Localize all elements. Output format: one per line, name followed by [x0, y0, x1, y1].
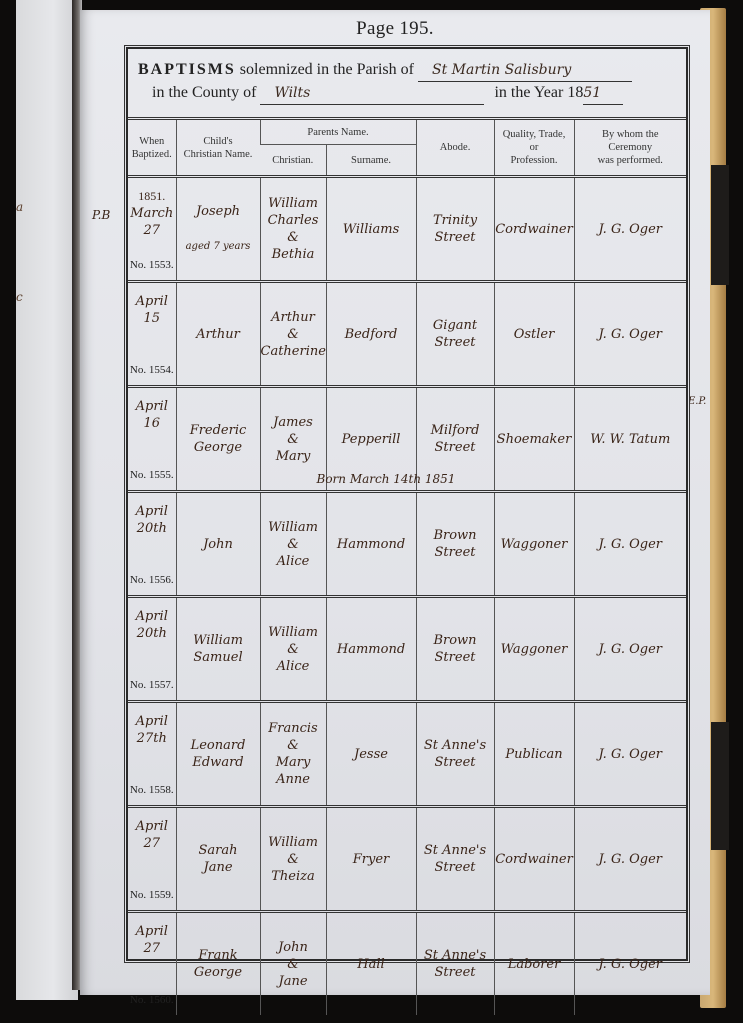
- abode-cell: MilfordStreet: [416, 387, 494, 492]
- table-row: April20thNo. 1556. John William&Alice Ha…: [128, 492, 686, 597]
- table-row: 1851.March27No. 1553. Josephaged 7 years…: [128, 177, 686, 282]
- table-row: April15No. 1554. Arthur Arthur&Catherine…: [128, 282, 686, 387]
- child-name-cell: LeonardEdward: [176, 702, 260, 807]
- quality-cell: Laborer: [494, 912, 574, 1016]
- quality-cell: Waggoner: [494, 492, 574, 597]
- entry-number: No. 1558.: [128, 782, 176, 799]
- parents-christian-cell: William&Alice: [260, 492, 326, 597]
- abode-cell: St Anne'sStreet: [416, 807, 494, 912]
- col-quality: Quality, Trade,orProfession.: [494, 119, 574, 177]
- entry-number: No. 1556.: [128, 572, 176, 589]
- left-page-ink-mark: c: [16, 290, 23, 304]
- table-row: April27No. 1559. SarahJane William&Theiz…: [128, 807, 686, 912]
- register-table: WhenBaptized. Child'sChristian Name. Par…: [128, 117, 686, 1015]
- entry-number: No. 1555.: [128, 467, 176, 484]
- year-label: in the Year 18: [494, 84, 583, 101]
- dark-tab: [711, 165, 729, 285]
- parish-value: St Martin Salisbury: [418, 59, 632, 82]
- entry-number: No. 1554.: [128, 362, 176, 379]
- solemnized-label: solemnized in the Parish of: [240, 61, 414, 78]
- year-value: 51: [583, 82, 623, 105]
- surname-cell: Jesse: [326, 702, 416, 807]
- table-row: April27No. 1560. FrankGeorge John&Jane H…: [128, 912, 686, 1016]
- surname-cell: PepperillBorn March 14th 1851: [326, 387, 416, 492]
- quality-cell: Cordwainer: [494, 177, 574, 282]
- parents-christian-cell: William&Alice: [260, 597, 326, 702]
- entry-number: No. 1560.: [128, 992, 176, 1009]
- surname-cell: Hall: [326, 912, 416, 1016]
- register-page: Page 195. P.B E.P. BAPTISMS solemnized i…: [80, 10, 710, 995]
- col-officiant: By whom theCeremonywas performed.: [574, 119, 686, 177]
- date-cell: April20thNo. 1556.: [128, 492, 176, 597]
- officiant-cell: J. G. Oger: [574, 597, 686, 702]
- table-row: April20thNo. 1557. WilliamSamuel William…: [128, 597, 686, 702]
- surname-cell: Fryer: [326, 807, 416, 912]
- register-type: BAPTISMS: [138, 61, 236, 78]
- col-abode: Abode.: [416, 119, 494, 177]
- margin-note-pb: P.B: [92, 208, 110, 222]
- county-label: in the County of: [152, 84, 256, 101]
- child-name-cell: WilliamSamuel: [176, 597, 260, 702]
- child-name-cell: Josephaged 7 years: [176, 177, 260, 282]
- baptism-register: BAPTISMS solemnized in the Parish of St …: [126, 47, 688, 961]
- date-cell: April16No. 1555.: [128, 387, 176, 492]
- quality-cell: Waggoner: [494, 597, 574, 702]
- parents-christian-cell: John&Jane: [260, 912, 326, 1016]
- facing-left-page: a c: [16, 0, 78, 1000]
- surname-cell: Williams: [326, 177, 416, 282]
- abode-cell: St Anne'sStreet: [416, 912, 494, 1016]
- date-cell: April27No. 1560.: [128, 912, 176, 1016]
- abode-cell: TrinityStreet: [416, 177, 494, 282]
- parents-christian-cell: Arthur&Catherine: [260, 282, 326, 387]
- quality-cell: Cordwainer: [494, 807, 574, 912]
- page-number: Page 195.: [80, 18, 710, 40]
- surname-cell: Hammond: [326, 597, 416, 702]
- abode-cell: St Anne'sStreet: [416, 702, 494, 807]
- officiant-cell: J. G. Oger: [574, 807, 686, 912]
- parents-christian-cell: WilliamCharles&Bethia: [260, 177, 326, 282]
- table-row: April27thNo. 1558. LeonardEdward Francis…: [128, 702, 686, 807]
- quality-cell: Publican: [494, 702, 574, 807]
- child-name-cell: FredericGeorge: [176, 387, 260, 492]
- entry-number: No. 1557.: [128, 677, 176, 694]
- abode-cell: Brown Street: [416, 597, 494, 702]
- dark-tab: [711, 722, 729, 850]
- abode-cell: GigantStreet: [416, 282, 494, 387]
- date-cell: April15No. 1554.: [128, 282, 176, 387]
- child-name-cell: John: [176, 492, 260, 597]
- date-cell: April27No. 1559.: [128, 807, 176, 912]
- col-when-baptized: WhenBaptized.: [128, 119, 176, 177]
- officiant-cell: J. G. Oger: [574, 912, 686, 1016]
- entry-number: No. 1559.: [128, 887, 176, 904]
- officiant-cell: J. G. Oger: [574, 177, 686, 282]
- county-value: Wilts: [260, 82, 484, 105]
- quality-cell: Ostler: [494, 282, 574, 387]
- col-parents-christian: Christian.: [260, 145, 326, 177]
- officiant-cell: J. G. Oger: [574, 492, 686, 597]
- surname-cell: Bedford: [326, 282, 416, 387]
- officiant-cell: W. W. Tatum: [574, 387, 686, 492]
- child-name-cell: FrankGeorge: [176, 912, 260, 1016]
- parents-christian-cell: Francis&MaryAnne: [260, 702, 326, 807]
- date-cell: 1851.March27No. 1553.: [128, 177, 176, 282]
- quality-cell: Shoemaker: [494, 387, 574, 492]
- officiant-cell: J. G. Oger: [574, 282, 686, 387]
- col-parents-surname: Surname.: [326, 145, 416, 177]
- officiant-cell: J. G. Oger: [574, 702, 686, 807]
- date-cell: April27thNo. 1558.: [128, 702, 176, 807]
- entry-number: No. 1553.: [128, 257, 176, 274]
- child-name-cell: Arthur: [176, 282, 260, 387]
- abode-cell: Brown Street: [416, 492, 494, 597]
- col-parents-name: Parents Name.: [260, 119, 416, 145]
- margin-note-ep: E.P.: [688, 396, 706, 407]
- child-name-cell: SarahJane: [176, 807, 260, 912]
- date-cell: April20thNo. 1557.: [128, 597, 176, 702]
- surname-cell: Hammond: [326, 492, 416, 597]
- register-heading: BAPTISMS solemnized in the Parish of St …: [138, 59, 673, 105]
- table-row: April16No. 1555. FredericGeorge James&Ma…: [128, 387, 686, 492]
- left-page-ink-mark: a: [16, 200, 23, 214]
- parents-christian-cell: William&Theiza: [260, 807, 326, 912]
- col-child-name: Child'sChristian Name.: [176, 119, 260, 177]
